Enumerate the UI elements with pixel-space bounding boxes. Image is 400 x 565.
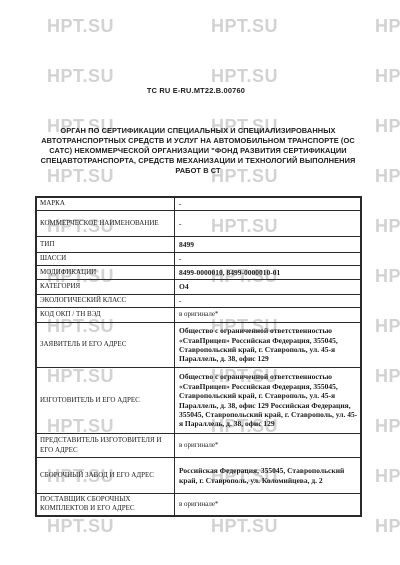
row-value: Российская Федерация, 355045, Ставрополь… (175, 458, 362, 494)
row-label: ШАССИ (36, 253, 175, 266)
row-label: МАРКА (36, 197, 175, 211)
table-row: ШАССИ- (36, 253, 361, 266)
watermark-text: HPT.SU (375, 316, 400, 337)
table-row: ИЗГОТОВИТЕЛЬ И ЕГО АДРЕСОбщество с огран… (36, 368, 361, 434)
watermark-text: HPT.SU (211, 16, 278, 37)
row-value: - (175, 211, 362, 237)
row-value: Общество с ограниченной ответственностью… (175, 323, 362, 368)
table-row: ЭКОЛОГИЧЕСКИЙ КЛАСС- (36, 295, 361, 308)
row-value: 8499 (175, 237, 362, 253)
watermark-text: HPT.SU (375, 466, 400, 487)
row-label: СБОРОЧНЫЙ ЗАВОД И ЕГО АДРЕС (36, 458, 175, 494)
row-value: - (175, 253, 362, 266)
row-value: в оригинале* (175, 308, 362, 323)
watermark-text: HPT.SU (47, 516, 114, 537)
row-label: ПРЕДСТАВИТЕЛЬ ИЗГОТОВИТЕЛЯ И ЕГО АДРЕС (36, 434, 175, 458)
row-value: в оригинале* (175, 434, 362, 458)
table-row: ПОСТАВЩИК СБОРОЧНЫХ КОМПЛЕКТОВ И ЕГО АДР… (36, 494, 361, 516)
table-row: КОД ОКП / ТН ВЭДв оригинале* (36, 308, 361, 323)
certificate-scan-page: HPT.SUHPT.SUHPT.SUHPT.SUHPT.SUHPT.SUHPT.… (0, 0, 400, 565)
watermark-text: HPT.SU (47, 66, 114, 87)
table-row: КАТЕГОРИЯО4 (36, 280, 361, 295)
row-label: ПОСТАВЩИК СБОРОЧНЫХ КОМПЛЕКТОВ И ЕГО АДР… (36, 494, 175, 516)
row-label: КАТЕГОРИЯ (36, 280, 175, 295)
row-value: - (175, 197, 362, 211)
watermark-text: HPT.SU (375, 216, 400, 237)
watermark-text: HPT.SU (375, 366, 400, 387)
watermark-text: HPT.SU (375, 116, 400, 137)
watermark-text: HPT.SU (211, 516, 278, 537)
watermark-text: HPT.SU (375, 16, 400, 37)
row-label: МОДИФИКАЦИИ (36, 266, 175, 280)
watermark-text: HPT.SU (47, 16, 114, 37)
table-row: ТИП8499 (36, 237, 361, 253)
watermark-text: HPT.SU (375, 516, 400, 537)
table-row: ПРЕДСТАВИТЕЛЬ ИЗГОТОВИТЕЛЯ И ЕГО АДРЕСв … (36, 434, 361, 458)
row-label: ТИП (36, 237, 175, 253)
table-row: КОММЕРЧЕСКОЕ НАИМЕНОВАНИЕ- (36, 211, 361, 237)
row-label: ИЗГОТОВИТЕЛЬ И ЕГО АДРЕС (36, 368, 175, 434)
row-value: - (175, 295, 362, 308)
table-row: МОДИФИКАЦИИ8499-0000010, 8499-0000010-01 (36, 266, 361, 280)
row-label: КОД ОКП / ТН ВЭД (36, 308, 175, 323)
row-label: КОММЕРЧЕСКОЕ НАИМЕНОВАНИЕ (36, 211, 175, 237)
watermark-text: HPT.SU (375, 166, 400, 187)
row-value: 8499-0000010, 8499-0000010-01 (175, 266, 362, 280)
table-row: ЗАЯВИТЕЛЬ И ЕГО АДРЕСОбщество с ограниче… (36, 323, 361, 368)
table-row: СБОРОЧНЫЙ ЗАВОД И ЕГО АДРЕСРоссийская Фе… (36, 458, 361, 494)
watermark-text: HPT.SU (375, 66, 400, 87)
watermark-text: HPT.SU (375, 266, 400, 287)
certification-body-header: ОРГАН ПО СЕРТИФИКАЦИИ СПЕЦИАЛЬНЫХ И СПЕЦ… (31, 126, 365, 176)
watermark-text: HPT.SU (375, 416, 400, 437)
vehicle-spec-table: МАРКА-КОММЕРЧЕСКОЕ НАИМЕНОВАНИЕ-ТИП8499Ш… (35, 196, 362, 517)
table-row: МАРКА- (36, 197, 361, 211)
row-value: в оригинале* (175, 494, 362, 516)
row-label: ЭКОЛОГИЧЕСКИЙ КЛАСС (36, 295, 175, 308)
row-value: О4 (175, 280, 362, 295)
row-label: ЗАЯВИТЕЛЬ И ЕГО АДРЕС (36, 323, 175, 368)
watermark-text: HPT.SU (211, 66, 278, 87)
row-value: Общество с ограниченной ответственностью… (175, 368, 362, 434)
spec-table-body: МАРКА-КОММЕРЧЕСКОЕ НАИМЕНОВАНИЕ-ТИП8499Ш… (36, 197, 361, 516)
certificate-number: ТС RU E-RU.MT22.B.00760 (0, 86, 392, 95)
